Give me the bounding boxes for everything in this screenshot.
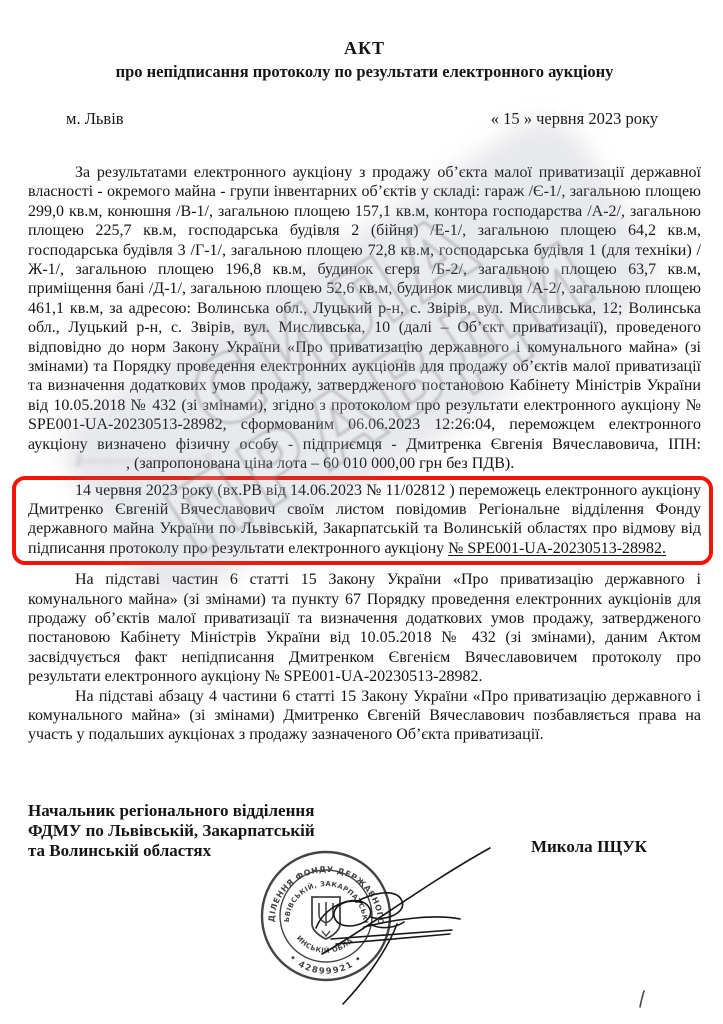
handwritten-signature (300, 832, 505, 1012)
document-subtitle: про непідписання протоколу по результати… (28, 62, 701, 82)
document-place: м. Львів (66, 109, 124, 129)
auction-number-underlined: № SPE001-UA-20230513-28982. (448, 540, 666, 557)
signatory-name: Микола ІЩУК (531, 837, 647, 861)
paragraph-auction-results: За результатами електронного аукціону з … (28, 163, 701, 474)
pen-mark (636, 988, 648, 1010)
paragraph-refusal: 14 червня 2023 року (вх.РВ від 14.06.202… (28, 481, 701, 559)
paragraph-disqualification: На підставі абзацу 4 частини 6 статті 15… (28, 687, 701, 745)
document-date: « 15 » червня 2023 року (491, 109, 658, 129)
position-line-1: Начальник регіонального відділення (28, 801, 315, 821)
document-title: АКТ (28, 38, 701, 59)
document-body: За результатами електронного аукціону з … (28, 163, 701, 745)
red-highlight-box: 14 червня 2023 року (вх.РВ від 14.06.202… (12, 476, 713, 566)
ipn-redacted-blur: 2———————7 (28, 456, 126, 469)
p1-text: За результатами електронного аукціону з … (28, 164, 701, 453)
paragraph-legal-basis: На підставі частин 6 статті 15 Закону Ук… (28, 570, 701, 686)
place-date-row: м. Львів « 15 » червня 2023 року (28, 109, 701, 129)
document-page: СИЛА ПРАВДИ АКТ про непідписання протоко… (0, 0, 723, 1024)
document-content: АКТ про непідписання протоколу по резуль… (28, 0, 701, 861)
